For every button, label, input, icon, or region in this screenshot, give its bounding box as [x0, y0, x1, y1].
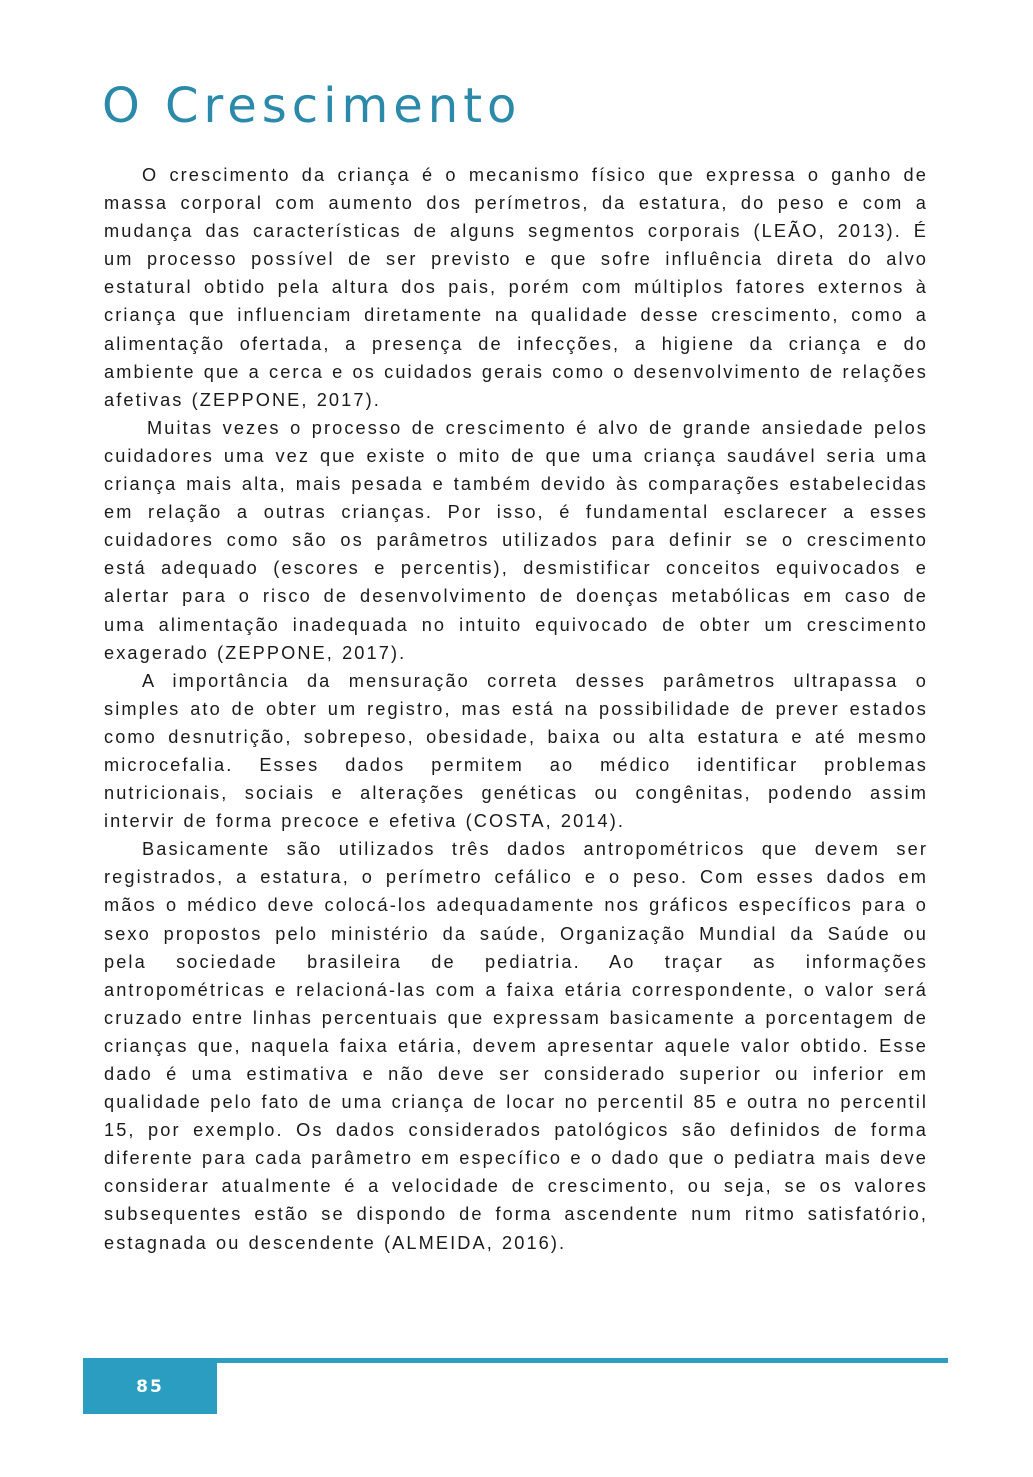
paragraph-caregiver-anxiety: Muitas vezes o processo de crescimento é…: [104, 414, 928, 667]
page-number: 85: [136, 1377, 164, 1397]
page-title: O Crescimento: [102, 76, 521, 136]
page-number-box: 85: [83, 1358, 217, 1414]
body-text: O crescimento da criança é o mecanismo f…: [104, 161, 928, 1257]
paragraph-growth-definition: O crescimento da criança é o mecanismo f…: [104, 161, 928, 414]
paragraph-anthropometric-data: Basicamente são utilizados três dados an…: [104, 835, 928, 1256]
paragraph-measurement-importance: A importância da mensuração correta dess…: [104, 667, 928, 836]
